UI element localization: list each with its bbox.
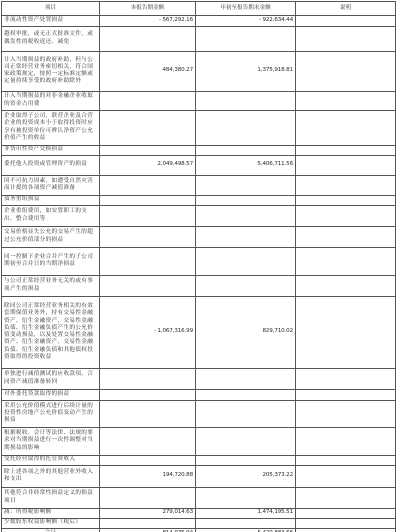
row-item-label: 除同公司正常经营业务相关的有效套期保值业务外，持有交易性金融资产、衍生金融资产、… bbox=[2, 296, 100, 368]
table-row: 根据税收、会计等法律、法规的要求对当期损益进行一次性调整对当期损益的影响 bbox=[2, 427, 396, 455]
row-current-period-amount: - 1,067,316.99 bbox=[100, 296, 196, 368]
row-ytd-amount: 1,474,195.51 bbox=[196, 508, 296, 518]
row-note bbox=[296, 226, 396, 247]
row-item-label: 债务重组损益 bbox=[2, 195, 100, 205]
row-item-label: 受托经营取得的托管费收入 bbox=[2, 455, 100, 465]
row-item-label: 单独进行减值测试的应收款项、合同资产减值准备转回 bbox=[2, 368, 100, 389]
row-item-label: 根据税收、会计等法律、法规的要求对当期损益进行一次性调整对当期损益的影响 bbox=[2, 427, 100, 455]
row-note bbox=[296, 455, 396, 465]
row-ytd-amount bbox=[196, 389, 296, 400]
table-row: 对外委托贷款取得的损益 bbox=[2, 389, 396, 400]
row-ytd-amount bbox=[196, 175, 296, 195]
row-ytd-amount bbox=[196, 26, 296, 51]
row-ytd-amount bbox=[196, 400, 296, 427]
table-row: 计入当期损益的对非金融企业收取的资金占用费 bbox=[2, 91, 396, 110]
row-note bbox=[296, 427, 396, 455]
table-row: 债务重组损益 bbox=[2, 195, 396, 205]
row-ytd-amount bbox=[196, 247, 296, 275]
row-item-label: 越权审批，或无正式批准文件，或偶发性的税收返还、减免 bbox=[2, 26, 100, 51]
row-note bbox=[296, 518, 396, 528]
row-current-period-amount bbox=[100, 226, 196, 247]
row-note bbox=[296, 91, 396, 110]
row-ytd-amount: 1,375,918.81 bbox=[196, 51, 296, 91]
table-row: 企业取得子公司、联营企业及合营企业的投资成本小于取得投资时应享有被投资单位可辨认… bbox=[2, 110, 396, 145]
row-item-label: 企业重组费用，如安置职工的支出、整合费用等 bbox=[2, 205, 100, 226]
row-current-period-amount bbox=[100, 247, 196, 275]
row-current-period-amount bbox=[100, 91, 196, 110]
table-row: 少数股东权益影响额（税后） bbox=[2, 518, 396, 528]
table-row: 同一控制下企业合并产生的子公司期初至合并日的当期净损益 bbox=[2, 247, 396, 275]
row-current-period-amount: 814,975.94 bbox=[100, 528, 196, 532]
row-note bbox=[296, 110, 396, 145]
row-ytd-amount: 5,420,883.66 bbox=[196, 528, 296, 532]
row-ytd-amount bbox=[196, 455, 296, 465]
row-item-label: 少数股东权益影响额（税后） bbox=[2, 518, 100, 528]
row-current-period-amount bbox=[100, 145, 196, 155]
row-item-label: 因不可抗力因素，如遭受自然灾害而计提的各项资产减值准备 bbox=[2, 175, 100, 195]
non-recurring-gains-losses-table: 项目 本报告期金额 年初至报告期末金额 说明 非流动性资产处置损益- 567,2… bbox=[1, 1, 396, 532]
row-ytd-amount: 205,373.22 bbox=[196, 465, 296, 487]
table-row: 采用公允价值模式进行后续计量的投资性房地产公允价值变动产生的损益 bbox=[2, 400, 396, 427]
row-current-period-amount bbox=[100, 455, 196, 465]
row-ytd-amount bbox=[196, 368, 296, 389]
row-current-period-amount: 279,014.63 bbox=[100, 508, 196, 518]
row-current-period-amount bbox=[100, 427, 196, 455]
row-item-label: 非流动性资产处置损益 bbox=[2, 15, 100, 26]
row-item-label: 采用公允价值模式进行后续计量的投资性房地产公允价值变动产生的损益 bbox=[2, 400, 100, 427]
row-note bbox=[296, 368, 396, 389]
row-current-period-amount: 484,380.27 bbox=[100, 51, 196, 91]
row-current-period-amount bbox=[100, 389, 196, 400]
row-current-period-amount: 2,049,498.57 bbox=[100, 155, 196, 175]
row-item-label: 计入当期损益的政府补助，但与公司正常经营业务密切相关，符合国家政策规定，按照一定… bbox=[2, 51, 100, 91]
table-row: 交易价格显失公允的交易产生的超过公允价值部分的损益 bbox=[2, 226, 396, 247]
table-row: 单独进行减值测试的应收款项、合同资产减值准备转回 bbox=[2, 368, 396, 389]
row-item-label: 除上述各项之外的其他营业外收入和支出 bbox=[2, 465, 100, 487]
header-current-period-amount: 本报告期金额 bbox=[100, 2, 196, 16]
row-note bbox=[296, 389, 396, 400]
row-note bbox=[296, 508, 396, 518]
row-current-period-amount bbox=[100, 205, 196, 226]
row-current-period-amount: - 567,292.16 bbox=[100, 15, 196, 26]
row-note bbox=[296, 175, 396, 195]
row-item-label: 企业取得子公司、联营企业及合营企业的投资成本小于取得投资时应享有被投资单位可辨认… bbox=[2, 110, 100, 145]
row-current-period-amount bbox=[100, 518, 196, 528]
table-row: 其他符合非经常性损益定义的损益项目 bbox=[2, 487, 396, 508]
row-ytd-amount bbox=[196, 205, 296, 226]
row-item-label: 合计 bbox=[2, 528, 100, 532]
table-row: 与公司正常经营业务无关的或有事项产生的损益 bbox=[2, 275, 396, 296]
row-current-period-amount bbox=[100, 368, 196, 389]
row-item-label: 其他符合非经常性损益定义的损益项目 bbox=[2, 487, 100, 508]
row-item-label: 委托他人投资或管理资产的损益 bbox=[2, 155, 100, 175]
table-row: 受托经营取得的托管费收入 bbox=[2, 455, 396, 465]
row-note bbox=[296, 155, 396, 175]
row-note bbox=[296, 296, 396, 368]
row-note bbox=[296, 247, 396, 275]
row-ytd-amount bbox=[196, 518, 296, 528]
row-item-label: 非货币性资产交换损益 bbox=[2, 145, 100, 155]
row-note bbox=[296, 205, 396, 226]
row-current-period-amount bbox=[100, 110, 196, 145]
row-current-period-amount bbox=[100, 175, 196, 195]
row-ytd-amount bbox=[196, 427, 296, 455]
row-note bbox=[296, 145, 396, 155]
row-note bbox=[296, 51, 396, 91]
table-header-row: 项目 本报告期金额 年初至报告期末金额 说明 bbox=[2, 2, 396, 16]
row-item-label: 与公司正常经营业务无关的或有事项产生的损益 bbox=[2, 275, 100, 296]
row-item-label: 同一控制下企业合并产生的子公司期初至合并日的当期净损益 bbox=[2, 247, 100, 275]
row-ytd-amount bbox=[196, 145, 296, 155]
row-item-label: 减：所得税影响额 bbox=[2, 508, 100, 518]
row-ytd-amount: 829,710.02 bbox=[196, 296, 296, 368]
row-note bbox=[296, 400, 396, 427]
table-row: 因不可抗力因素，如遭受自然灾害而计提的各项资产减值准备 bbox=[2, 175, 396, 195]
table-body: 非流动性资产处置损益- 567,292.16- 922,634.44越权审批，或… bbox=[2, 15, 396, 532]
header-note: 说明 bbox=[296, 2, 396, 16]
row-current-period-amount: 194,720.88 bbox=[100, 465, 196, 487]
table-row: 企业重组费用，如安置职工的支出、整合费用等 bbox=[2, 205, 396, 226]
row-ytd-amount bbox=[196, 110, 296, 145]
header-item: 项目 bbox=[2, 2, 100, 16]
row-ytd-amount: 5,406,711.56 bbox=[196, 155, 296, 175]
row-ytd-amount: - 922,634.44 bbox=[196, 15, 296, 26]
header-ytd-amount: 年初至报告期末金额 bbox=[196, 2, 296, 16]
row-current-period-amount bbox=[100, 487, 196, 508]
row-note bbox=[296, 15, 396, 26]
row-current-period-amount bbox=[100, 400, 196, 427]
row-note bbox=[296, 487, 396, 508]
row-ytd-amount bbox=[196, 91, 296, 110]
table-row: 非货币性资产交换损益 bbox=[2, 145, 396, 155]
row-ytd-amount bbox=[196, 487, 296, 508]
table-row: 非流动性资产处置损益- 567,292.16- 922,634.44 bbox=[2, 15, 396, 26]
row-item-label: 对外委托贷款取得的损益 bbox=[2, 389, 100, 400]
row-ytd-amount bbox=[196, 195, 296, 205]
table-row: 除同公司正常经营业务相关的有效套期保值业务外，持有交易性金融资产、衍生金融资产、… bbox=[2, 296, 396, 368]
row-current-period-amount bbox=[100, 26, 196, 51]
table-row: 减：所得税影响额279,014.631,474,195.51 bbox=[2, 508, 396, 518]
row-item-label: 计入当期损益的对非金融企业收取的资金占用费 bbox=[2, 91, 100, 110]
row-note bbox=[296, 26, 396, 51]
row-note bbox=[296, 195, 396, 205]
table-row: 除上述各项之外的其他营业外收入和支出194,720.88205,373.22 bbox=[2, 465, 396, 487]
table-row: 委托他人投资或管理资产的损益2,049,498.575,406,711.56 bbox=[2, 155, 396, 175]
row-ytd-amount bbox=[196, 275, 296, 296]
row-note bbox=[296, 275, 396, 296]
table-row: 越权审批，或无正式批准文件，或偶发性的税收返还、减免 bbox=[2, 26, 396, 51]
table-total-row: 合计814,975.945,420,883.66 bbox=[2, 528, 396, 532]
row-note bbox=[296, 465, 396, 487]
row-current-period-amount bbox=[100, 195, 196, 205]
row-current-period-amount bbox=[100, 275, 196, 296]
row-note bbox=[296, 528, 396, 532]
row-ytd-amount bbox=[196, 226, 296, 247]
table-row: 计入当期损益的政府补助，但与公司正常经营业务密切相关，符合国家政策规定，按照一定… bbox=[2, 51, 396, 91]
row-item-label: 交易价格显失公允的交易产生的超过公允价值部分的损益 bbox=[2, 226, 100, 247]
